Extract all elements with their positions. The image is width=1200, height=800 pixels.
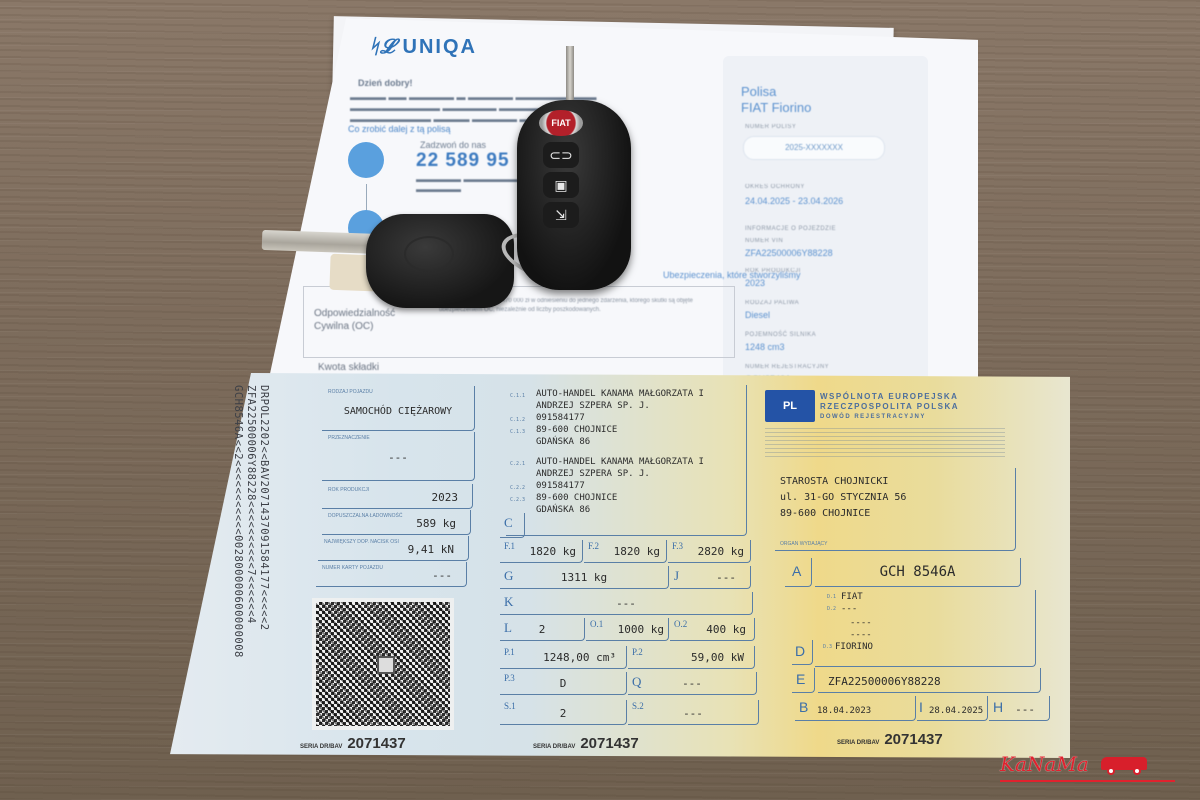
van-icon xyxy=(1101,754,1149,774)
q-code: Q xyxy=(632,674,641,690)
vehicle-type-value: SAMOCHÓD CIĘŻAROWY xyxy=(344,406,452,417)
o2-value: 400 kg xyxy=(706,623,746,636)
e-code-box: E xyxy=(792,668,815,693)
o1-code: O.1 xyxy=(590,619,603,629)
k-field: K --- xyxy=(500,592,753,615)
owner-holder-block: C.1.1 AUTO-HANDEL KANAMA MAŁGORZATA I AN… xyxy=(506,385,747,536)
plate-field: GCH 8546A xyxy=(815,558,1021,587)
model-value: FIORINO xyxy=(835,642,873,652)
policy-title: Polisa FIAT Fiorino xyxy=(741,84,811,116)
f2-value: 1820 kg xyxy=(614,545,660,558)
vehicle-info-label: INFORMACJE O POJEŹDZIE xyxy=(745,226,836,232)
card-number-label: NUMER KARTY POJAZDU xyxy=(322,565,383,571)
d2-ref: D.2 xyxy=(827,606,836,612)
fob-blade xyxy=(566,46,574,108)
year-value: 2023 xyxy=(432,491,459,504)
serial-number-right: SERIA DR/BAV2071437 xyxy=(837,731,943,748)
f2-field: F.2 1820 kg xyxy=(584,540,667,563)
mrz-line-1: DRPOL2202<<BAV2071437091584177<<<<<2 xyxy=(257,385,270,735)
s2-code: S.2 xyxy=(632,701,644,711)
serial-label: SERIA DR/BAV xyxy=(533,744,575,750)
step-connector xyxy=(366,184,367,212)
holder-regon: 091584177 xyxy=(536,481,585,492)
fuel-label: RODZAJ PALIWA xyxy=(745,300,799,306)
ref-c23: C.2.3 xyxy=(510,495,525,506)
contact-label: Zadzwoń do nas xyxy=(420,140,486,150)
h-field: H --- xyxy=(989,696,1050,721)
serial-label: SERIA DR/BAV xyxy=(837,740,879,746)
key-head xyxy=(366,214,514,308)
year-label: ROK PRODUKCJI xyxy=(328,487,369,493)
key-blade xyxy=(262,230,383,254)
vehicle-type-field: RODZAJ POJAZDU SAMOCHÓD CIĘŻAROWY xyxy=(322,386,475,431)
d-code: D xyxy=(795,643,805,659)
d1-ref: D.1 xyxy=(827,594,836,600)
greeting: Dzień dobry! xyxy=(358,78,413,88)
legal-fine-print xyxy=(765,428,1005,458)
p2-field: P.2 59,00 kW xyxy=(628,646,755,669)
payload-value: 589 kg xyxy=(416,517,456,530)
a-code: A xyxy=(792,563,801,579)
watermark-underline xyxy=(1000,780,1175,782)
g-field: G 1311 kg xyxy=(500,566,669,589)
eu-header: WSPÓLNOTA EUROPEJSKA RZECZPOSPOLITA POLS… xyxy=(820,392,959,422)
vin-value: ZFA22500006Y88228 xyxy=(828,675,941,688)
f2-code: F.2 xyxy=(588,541,599,551)
registration-date-field: I 28.04.2025 xyxy=(917,696,988,721)
axle-load-field: NAJWIĘKSZY DOP. NACISK OSI 9,41 kN xyxy=(318,536,469,561)
payload-label: DOPUSZCZALNA ŁADOWNOŚĆ xyxy=(328,513,402,519)
make-model-field: D.1 FIAT D.2 --- ---- ---- D.3 FIORINO xyxy=(815,590,1036,667)
holder-name-line1: AUTO-HANDEL KANAMA MAŁGORZATA I xyxy=(536,457,704,468)
p3-code: P.3 xyxy=(504,673,515,683)
k-value: --- xyxy=(616,597,636,610)
vin-field: ZFA22500006Y88228 xyxy=(818,668,1041,693)
variant-value: ---- xyxy=(850,618,872,628)
j-field: J --- xyxy=(670,566,751,589)
uniqa-logo-icon: ᛋ𝓛 xyxy=(368,36,395,59)
a-code-box: A xyxy=(785,558,812,587)
o2-field: O.2 400 kg xyxy=(670,618,755,641)
owner-street: GDAŃSKA 86 xyxy=(536,437,590,448)
g-code: G xyxy=(504,568,513,584)
eu-flag-icon: PL xyxy=(765,390,815,422)
coverage-name: Odpowiedzialność Cywilna (OC) xyxy=(314,307,395,333)
policy-number-label: NUMER POLISY xyxy=(745,124,796,130)
vin-value: ZFA22500006Y88228 xyxy=(745,248,833,258)
mrz-zone: DRPOL2202<<BAV2071437091584177<<<<<2 ZFA… xyxy=(206,385,270,735)
q-field: Q --- xyxy=(628,672,757,695)
h-value: --- xyxy=(1015,703,1035,716)
issuer-line2: ul. 31-GO STYCZNIA 56 xyxy=(780,492,906,503)
i-code: I xyxy=(919,699,923,715)
brand-name: UNIQA xyxy=(403,36,477,59)
p1-code: P.1 xyxy=(504,647,515,657)
o1-field: O.1 1000 kg xyxy=(586,618,669,641)
coverage-table: Odpowiedzialność Cywilna (OC) Suma gwara… xyxy=(303,286,735,358)
k-code: K xyxy=(504,594,513,610)
l-code: L xyxy=(504,620,512,636)
serial-number-middle: SERIA DR/BAV2071437 xyxy=(533,735,639,752)
l-field: L 2 xyxy=(500,618,585,641)
serial-value: 2071437 xyxy=(347,735,405,752)
version-value: ---- xyxy=(850,630,872,640)
unlock-icon: ⊂⊃ xyxy=(543,142,579,168)
kanama-watermark: KaNaMa xyxy=(1000,752,1149,776)
f3-field: F.3 2820 kg xyxy=(668,540,751,563)
policy-number: 2025-XXXXXXX xyxy=(743,136,885,160)
p2-value: 59,00 kW xyxy=(691,651,744,664)
serial-label: SERIA DR/BAV xyxy=(300,744,342,750)
period-value: 24.04.2025 - 23.04.2026 xyxy=(745,196,843,206)
reg-date-value: 28.04.2025 xyxy=(929,706,983,716)
policy-title-line1: Polisa xyxy=(741,84,776,99)
serial-value: 2071437 xyxy=(580,735,638,752)
type-value: --- xyxy=(841,604,857,614)
ref-c13: C.1.3 xyxy=(510,427,525,438)
lock-icon: ▣ xyxy=(543,172,579,198)
axle-load-label: NAJWIĘKSZY DOP. NACISK OSI xyxy=(324,539,399,545)
ref-c22: C.2.2 xyxy=(510,483,525,494)
holder-street: GDAŃSKA 86 xyxy=(536,505,590,516)
make-value: FIAT xyxy=(841,592,863,602)
purpose-label: PRZEZNACZENIE xyxy=(328,435,370,441)
card-number-value: --- xyxy=(432,569,452,582)
key-emblem-icon xyxy=(404,236,454,272)
o2-code: O.2 xyxy=(674,619,687,629)
axle-load-value: 9,41 kN xyxy=(408,543,454,556)
fiat-key-fob: FIAT ⊂⊃ ▣ ⇲ xyxy=(517,100,631,290)
trunk-icon: ⇲ xyxy=(543,202,579,228)
mrz-line-2: ZFA22500006Y88228<<<<<<<<<<7<<<<<<4 xyxy=(244,385,257,735)
year-field: ROK PRODUKCJI 2023 xyxy=(322,484,473,509)
eu-line2: RZECZPOSPOLITA POLSKA xyxy=(820,402,959,412)
qr-code xyxy=(312,598,454,730)
plate-value: GCH 8546A xyxy=(880,564,956,580)
f1-value: 1820 kg xyxy=(530,545,576,558)
vehicle-type-label: RODZAJ POJAZDU xyxy=(328,389,373,395)
first-reg-value: 18.04.2023 xyxy=(817,706,871,716)
owner-regon: 091584177 xyxy=(536,413,585,424)
coverage-name-line2: Cywilna (OC) xyxy=(314,321,373,332)
ref-c21: C.2.1 xyxy=(510,459,525,470)
j-code: J xyxy=(674,568,679,584)
issuer-block: STAROSTA CHOJNICKI ul. 31-GO STYCZNIA 56… xyxy=(775,468,1016,551)
coverage-heading: Ubezpieczenia, które stworzyliśmy xyxy=(663,270,801,280)
fiat-logo-icon: FIAT xyxy=(539,110,583,136)
s2-value: --- xyxy=(683,707,703,720)
f1-code: F.1 xyxy=(504,541,515,551)
issuer-line3: 89-600 CHOJNICE xyxy=(780,508,870,519)
f3-code: F.3 xyxy=(672,541,683,551)
ref-c11: C.1.1 xyxy=(510,391,525,402)
coverage-name-line1: Odpowiedzialność xyxy=(314,308,395,319)
owner-name-line2: ANDRZEJ SZPERA SP. J. xyxy=(536,401,650,412)
policy-summary-panel: Polisa FIAT Fiorino NUMER POLISY 2025-XX… xyxy=(723,56,928,381)
policy-title-line2: FIAT Fiorino xyxy=(741,100,811,115)
phone-circle-icon xyxy=(348,142,384,178)
owner-name-line1: AUTO-HANDEL KANAMA MAŁGORZATA I xyxy=(536,389,704,400)
ref-c12: C.1.2 xyxy=(510,415,525,426)
f3-value: 2820 kg xyxy=(698,545,744,558)
serial-value: 2071437 xyxy=(884,731,942,748)
q-value: --- xyxy=(682,677,702,690)
s2-field: S.2 --- xyxy=(628,700,759,725)
card-number-field: NUMER KARTY POJAZDU --- xyxy=(316,562,467,587)
watermark-text: KaNaMa xyxy=(1000,752,1089,776)
f1-field: F.1 1820 kg xyxy=(500,540,583,563)
p3-field: P.3 D xyxy=(500,672,627,695)
purpose-field: PRZEZNACZENIE --- xyxy=(322,432,475,481)
section-heading: Co zrobić dalej z tą polisą xyxy=(348,124,451,134)
b-code: B xyxy=(799,699,808,715)
code-c-box: C xyxy=(500,513,525,538)
eu-line1: WSPÓLNOTA EUROPEJSKA xyxy=(820,392,959,402)
h-code: H xyxy=(993,699,1003,715)
j-value: --- xyxy=(716,571,736,584)
mrz-line-3: GCH8546A<<2<<<<<<<<<<<002800000600000008 xyxy=(231,385,244,735)
premium-label: Kwota składki xyxy=(318,362,379,373)
d3-ref: D.3 xyxy=(823,644,832,650)
p1-field: P.1 1248,00 cm³ xyxy=(500,646,627,669)
l-value: 2 xyxy=(539,623,546,636)
s1-code: S.1 xyxy=(504,701,516,711)
s1-value: 2 xyxy=(560,707,567,720)
payload-field: DOPUSZCZALNA ŁADOWNOŚĆ 589 kg xyxy=(322,510,471,535)
vin-label: NUMER VIN xyxy=(745,238,783,244)
g-value: 1311 kg xyxy=(561,571,607,584)
holder-name-line2: ANDRZEJ SZPERA SP. J. xyxy=(536,469,650,480)
eu-line3: DOWÓD REJESTRACYJNY xyxy=(820,412,959,422)
p3-value: D xyxy=(560,677,567,690)
phone-number[interactable]: 22 589 95 xyxy=(416,150,510,172)
issuer-line1: STAROSTA CHOJNICKI xyxy=(780,476,888,487)
code-c: C xyxy=(504,515,513,531)
e-code: E xyxy=(796,671,805,687)
serial-number-left: SERIA DR/BAV2071437 xyxy=(300,735,406,752)
period-label: OKRES OCHRONY xyxy=(745,184,805,190)
fuel-value: Diesel xyxy=(745,310,770,320)
purpose-value: --- xyxy=(388,451,408,464)
p2-code: P.2 xyxy=(632,647,643,657)
owner-city: 89-600 CHOJNICE xyxy=(536,425,617,436)
o1-value: 1000 kg xyxy=(618,623,664,636)
uniqa-logo: ᛋ𝓛 UNIQA xyxy=(368,36,477,59)
qr-center-marker xyxy=(377,656,395,674)
reg-label: NUMER REJESTRACYJNY xyxy=(745,364,829,370)
p1-value: 1248,00 cm³ xyxy=(543,651,616,664)
s1-field: S.1 2 xyxy=(500,700,627,725)
issuer-label: ORGAN WYDAJĄCY xyxy=(780,541,828,547)
engine-label: POJEMNOŚĆ SILNIKA xyxy=(745,332,816,338)
d-code-box: D xyxy=(792,640,813,665)
holder-city: 89-600 CHOJNICE xyxy=(536,493,617,504)
engine-value: 1248 cm3 xyxy=(745,342,785,352)
first-registration-field: B 18.04.2023 xyxy=(795,696,916,721)
